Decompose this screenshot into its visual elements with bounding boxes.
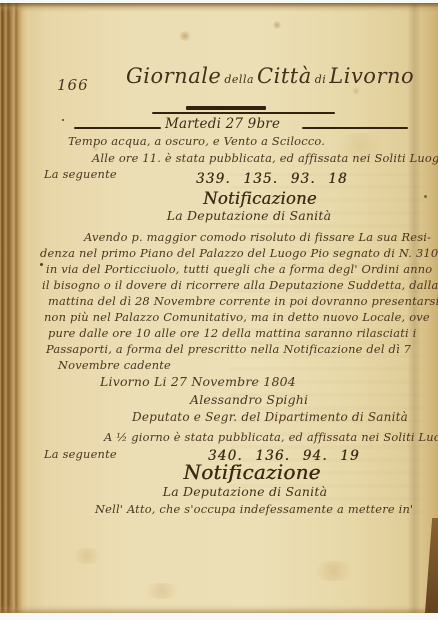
title-word: di (315, 73, 327, 86)
sequence-numbers: 339. 135. 93. 18 (196, 171, 348, 187)
title-word: Giornale (126, 64, 221, 88)
deputation-subheading: La Deputazione di Sanità (135, 484, 355, 499)
manuscript-content: 166 GiornaledellaCittàdiLivorno Martedi … (0, 0, 438, 620)
body-line: Nell' Atto, che s'occupa indefessamente … (95, 502, 413, 516)
publication-line: Alle ore 11. è stata pubblicata, ed affi… (92, 151, 438, 165)
body-line: mattina del dì 28 Novembre corrente in p… (48, 294, 438, 308)
body-line: in via del Porticciuolo, tutti quegli ch… (46, 262, 432, 276)
body-line: Passaporti, a forma del prescritto nella… (46, 342, 411, 356)
publication-line-continued: La seguente (44, 167, 117, 181)
scanned-manuscript-screenshot: { "page": { "number": "166", "title": { … (0, 0, 438, 620)
journal-title: GiornaledellaCittàdiLivorno (126, 64, 414, 88)
signature: Alessandro Spighi (190, 392, 308, 407)
signature-title: Deputato e Segr. del Dipartimento di San… (132, 410, 408, 424)
publication-line-continued: La seguente (44, 447, 117, 461)
title-rule-thin (152, 112, 335, 114)
body-line: pure dalle ore 10 alle ore 12 della matt… (48, 326, 417, 340)
body-line: il bisogno o il dovere di ricorrere alla… (42, 278, 438, 292)
deputation-subheading: La Deputazione di Sanità (139, 208, 359, 223)
place-date-line: Livorno Li 27 Novembre 1804 (100, 374, 296, 389)
body-line: non più nel Palazzo Comunitativo, ma in … (44, 310, 430, 324)
page-number: 166 (57, 76, 89, 94)
weather-line: Tempo acqua, a oscuro, e Vento a Scilocc… (68, 134, 325, 148)
date-rule-right (302, 127, 408, 129)
title-word: Città (257, 64, 312, 88)
date-heading: Martedi 27 9bre (165, 116, 280, 132)
title-rule-thick (186, 106, 266, 110)
body-line: denza nel primo Piano del Palazzo del Lu… (40, 246, 438, 260)
publication-line: A ½ giorno è stata pubblicata, ed affiss… (104, 430, 438, 444)
body-line: Novembre cadente (58, 358, 171, 372)
title-word: Livorno (329, 64, 414, 88)
notification-heading: Notificazione (170, 189, 350, 208)
body-line: Avendo p. maggior comodo risoluto di fis… (84, 230, 431, 244)
notification-heading: Notificazione (152, 460, 352, 484)
date-rule-left (74, 127, 161, 129)
title-word: della (224, 73, 254, 86)
